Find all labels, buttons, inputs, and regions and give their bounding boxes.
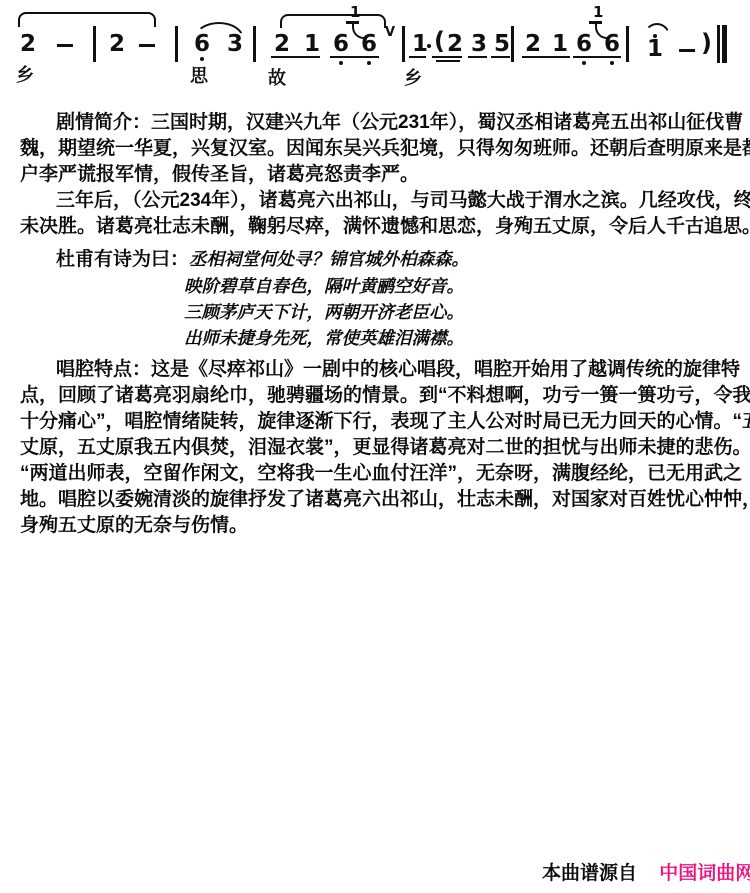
paren-close: ) [701, 31, 712, 55]
beam [522, 56, 570, 58]
lyric: 乡 [16, 66, 34, 84]
barline [93, 26, 96, 62]
note: 3 [227, 33, 243, 56]
score-page: 226321661V1(235216611)乡思故乡 剧情简介：三国时期，汉建兴… [0, 0, 750, 893]
note: 3 [471, 33, 487, 56]
grace-slur [595, 24, 610, 39]
poem-block: 杜甫有诗为曰：丞相祠堂何处寻？锦官城外柏森森。映阶碧草自春色，隔叶黄鹂空好音。三… [20, 246, 734, 351]
paren-open: ( [434, 29, 445, 53]
text-line: 剧情简介：三国时期，汉建兴九年（公元231年），蜀汉丞相诸葛亮五出祁山征伐曹 [20, 110, 734, 136]
text-line: 丈原，五丈原我五内俱焚，泪湿衣裳”，更显得诸葛亮对二世的担忧与出师未捷的悲伤。 [20, 435, 734, 461]
note: 2 [109, 33, 125, 56]
text-line: 三年后，（公元234年），诸葛亮六出祁山，与司马懿大战于渭水之滨。几经攻伐，终 [20, 188, 734, 214]
paragraph: 唱腔特点：这是《尽瘁祁山》一剧中的核心唱段，唱腔开始用了越调传统的旋律特点，回顾… [20, 357, 734, 539]
beam [271, 56, 320, 58]
poem-line: 杜甫有诗为曰：丞相祠堂何处寻？锦官城外柏森森。 [20, 246, 734, 273]
octave-dot [582, 61, 586, 65]
music-notation: 226321661V1(235216611)乡思故乡 [0, 0, 750, 105]
article: 剧情简介：三国时期，汉建兴九年（公元231年），蜀汉丞相诸葛亮五出祁山征伐曹魏，… [20, 110, 734, 539]
poem-intro-label: 杜甫有诗为曰： [56, 249, 189, 270]
text-line: 地。唱腔以委婉清淡的旋律抒发了诸葛亮六出祁山，壮志未酬，对国家对百姓忧心忡忡， [20, 487, 734, 513]
beam [468, 56, 487, 58]
beam [432, 56, 462, 58]
tie [644, 23, 670, 36]
beam [436, 60, 460, 62]
poem-line: 三顾茅庐天下计，两朝开济老臣心。 [20, 299, 734, 325]
barline [175, 26, 178, 62]
note: 1 [304, 33, 320, 56]
text-line: 十分痛心”，唱腔情绪陡转，旋律逐渐下行，表现了主人公对时局已无力回天的心情。“五 [20, 409, 734, 435]
octave-dot [200, 57, 204, 61]
slur [18, 12, 156, 27]
note: 6 [194, 33, 210, 56]
final-barline-thick [722, 25, 727, 63]
barline [511, 26, 514, 62]
grace-note: 1 [593, 5, 603, 20]
text-line: 唱腔特点：这是《尽瘁祁山》一剧中的核心唱段，唱腔开始用了越调传统的旋律特 [20, 357, 734, 383]
note: 6 [333, 33, 349, 56]
note: 5 [494, 33, 510, 56]
augmentation-dot [427, 44, 431, 48]
final-barline-thin [717, 25, 720, 63]
beam [409, 56, 426, 58]
poem-line: 出师未捷身先死，常使英雄泪满襟。 [20, 325, 734, 351]
grace-slur [352, 24, 367, 39]
note: 2 [274, 33, 290, 56]
watermark-site-link[interactable]: 中国词曲网 [659, 863, 750, 884]
dash [139, 44, 155, 47]
paragraph: 三年后，（公元234年），诸葛亮六出祁山，与司马懿大战于渭水之滨。几经攻伐，终未… [20, 188, 734, 240]
lyric: 思 [190, 67, 208, 85]
text-line: “两道出师表，空留作闲文，空将我一生心血付汪洋”，无奈呀，满腹经纶，已无用武之 [20, 461, 734, 487]
lyric: 故 [268, 69, 286, 87]
note: 1 [412, 33, 428, 56]
watermark-source-label: 本曲谱源自 [542, 863, 637, 884]
poem-line: 映阶碧草自春色，隔叶黄鹂空好音。 [20, 273, 734, 299]
grace-note: 1 [350, 5, 360, 20]
note: 1 [647, 38, 663, 61]
text-line: 户李严谎报军情，假传圣旨，诸葛亮怒责李严。 [20, 162, 734, 188]
poem-verse: 丞相祠堂何处寻？锦官城外柏森森。 [189, 249, 469, 269]
barline [402, 26, 405, 62]
barline [626, 26, 629, 62]
paragraph: 剧情简介：三国时期，汉建兴九年（公元231年），蜀汉丞相诸葛亮五出祁山征伐曹魏，… [20, 110, 734, 188]
slur [280, 14, 386, 28]
note: 2 [20, 33, 36, 56]
note: 1 [552, 33, 568, 56]
octave-dot [610, 61, 614, 65]
beam [573, 56, 621, 58]
watermark: 本曲谱源自 中国词曲网 [542, 858, 750, 885]
beam [330, 56, 379, 58]
octave-dot [339, 61, 343, 65]
text-line: 魏，期望统一华夏，兴复汉室。因闻东吴兴兵犯境，只得匆匆班师。还朝后查明原来是都 [20, 136, 734, 162]
note: 6 [576, 33, 592, 56]
barline [253, 26, 256, 62]
dash [679, 49, 695, 52]
octave-dot [367, 61, 371, 65]
note: 2 [525, 33, 541, 56]
text-line: 未决胜。诸葛亮壮志未酬，鞠躬尽瘁，满怀遗憾和思恋，身殉五丈原，令后人千古追思。 [20, 214, 734, 240]
lyric: 乡 [404, 69, 422, 87]
text-line: 点，回顾了诸葛亮羽扇纶巾，驰骋疆场的情景。到“不料想啊，功亏一篑一篑功亏，令我 [20, 383, 734, 409]
breath-mark: V [385, 26, 395, 39]
dash [57, 44, 73, 47]
beam [491, 56, 510, 58]
note: 2 [447, 33, 463, 56]
text-line: 身殉五丈原的无奈与伤情。 [20, 513, 734, 539]
